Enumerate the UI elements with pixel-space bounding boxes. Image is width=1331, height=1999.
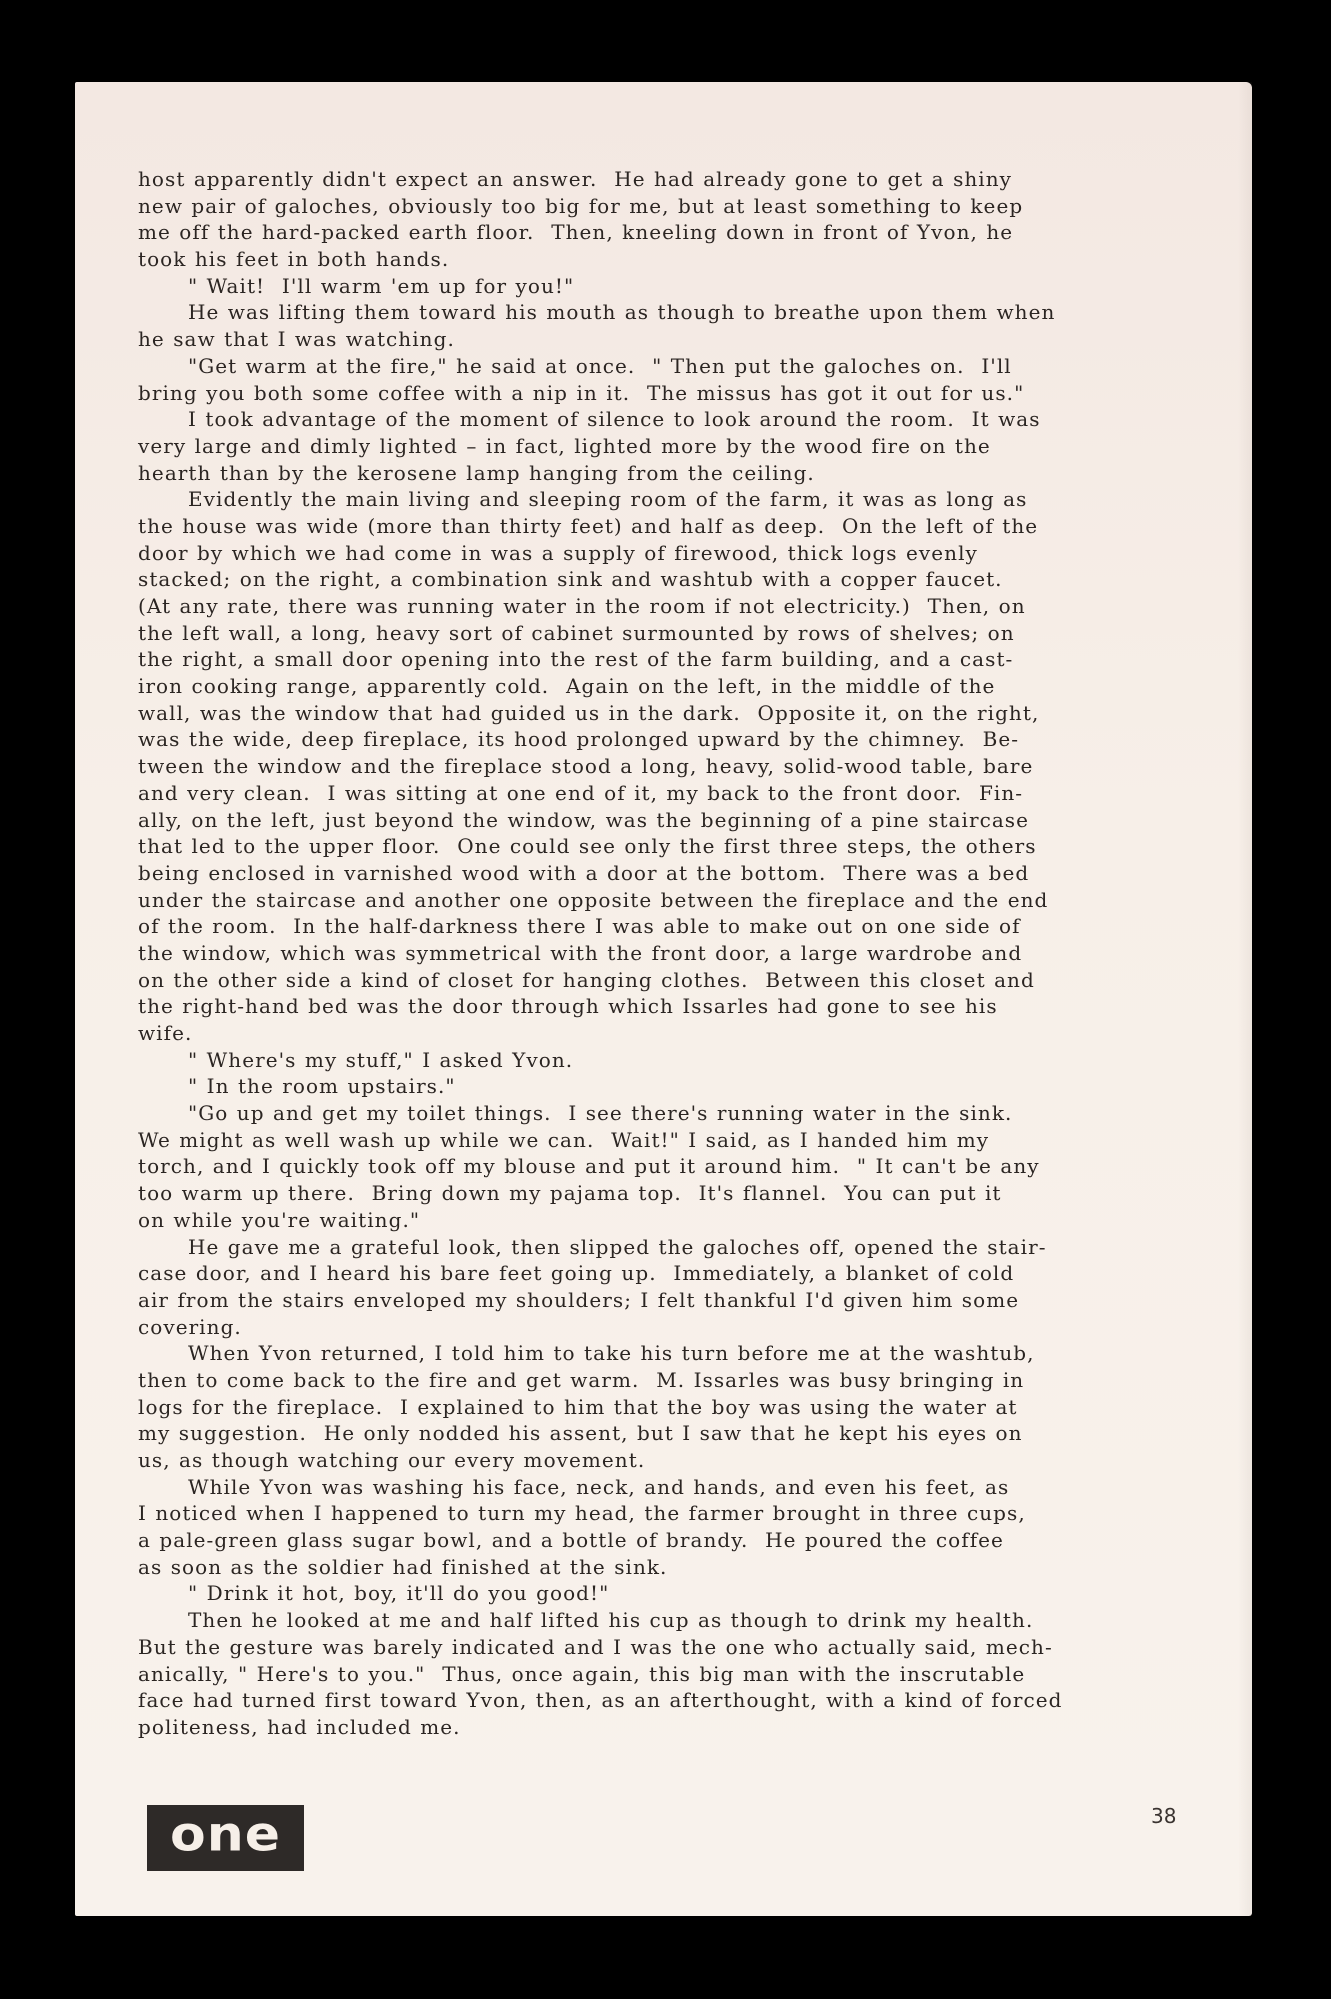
text-line: on the other side a kind of closet for h… bbox=[138, 967, 1248, 994]
text-line: iron cooking range, apparently cold. Aga… bbox=[138, 673, 1248, 700]
text-line: and very clean. I was sitting at one end… bbox=[138, 780, 1248, 807]
text-line: as soon as the soldier had finished at t… bbox=[138, 1554, 1248, 1581]
text-line: " Wait! I'll warm 'em up for you!" bbox=[138, 273, 1248, 300]
text-line: host apparently didn't expect an answer.… bbox=[138, 166, 1248, 193]
logo-text: one bbox=[170, 1811, 281, 1859]
magazine-logo: one bbox=[147, 1805, 304, 1871]
text-line: a pale-green glass sugar bowl, and a bot… bbox=[138, 1527, 1248, 1554]
body-text: host apparently didn't expect an answer.… bbox=[138, 166, 1248, 1741]
text-line: the house was wide (more than thirty fee… bbox=[138, 513, 1248, 540]
text-line: " Where's my stuff," I asked Yvon. bbox=[138, 1047, 1248, 1074]
text-line: the window, which was symmetrical with t… bbox=[138, 940, 1248, 967]
text-line: wall, was the window that had guided us … bbox=[138, 700, 1248, 727]
text-line: he saw that I was watching. bbox=[138, 326, 1248, 353]
text-line: of the room. In the half-darkness there … bbox=[138, 913, 1248, 940]
text-line: Then he looked at me and half lifted his… bbox=[138, 1607, 1248, 1634]
text-line: hearth than by the kerosene lamp hanging… bbox=[138, 460, 1248, 487]
text-line: " Drink it hot, boy, it'll do you good!" bbox=[138, 1580, 1248, 1607]
text-line: While Yvon was washing his face, neck, a… bbox=[138, 1474, 1248, 1501]
text-line: the left wall, a long, heavy sort of cab… bbox=[138, 620, 1248, 647]
text-line: But the gesture was barely indicated and… bbox=[138, 1634, 1248, 1661]
text-line: too warm up there. Bring down my pajama … bbox=[138, 1180, 1248, 1207]
text-line: covering. bbox=[138, 1314, 1248, 1341]
text-line: was the wide, deep fireplace, its hood p… bbox=[138, 726, 1248, 753]
text-line: anically, " Here's to you." Thus, once a… bbox=[138, 1661, 1248, 1688]
text-line: logs for the fireplace. I explained to h… bbox=[138, 1394, 1248, 1421]
text-line: us, as though watching our every movemen… bbox=[138, 1447, 1248, 1474]
text-line: torch, and I quickly took off my blouse … bbox=[138, 1153, 1248, 1180]
magazine-page: host apparently didn't expect an answer.… bbox=[75, 82, 1252, 1916]
text-line: We might as well wash up while we can. W… bbox=[138, 1127, 1248, 1154]
text-line: When Yvon returned, I told him to take h… bbox=[138, 1340, 1248, 1367]
text-line: under the staircase and another one oppo… bbox=[138, 887, 1248, 914]
text-line: door by which we had come in was a suppl… bbox=[138, 540, 1248, 567]
text-line: I noticed when I happened to turn my hea… bbox=[138, 1500, 1248, 1527]
text-line: then to come back to the fire and get wa… bbox=[138, 1367, 1248, 1394]
text-line: wife. bbox=[138, 1020, 1248, 1047]
text-line: He gave me a grateful look, then slipped… bbox=[138, 1234, 1248, 1261]
text-line: the right, a small door opening into the… bbox=[138, 646, 1248, 673]
text-line: very large and dimly lighted – in fact, … bbox=[138, 433, 1248, 460]
text-line: on while you're waiting." bbox=[138, 1207, 1248, 1234]
text-line: "Get warm at the fire," he said at once.… bbox=[138, 353, 1248, 380]
text-line: face had turned first toward Yvon, then,… bbox=[138, 1687, 1248, 1714]
text-line: Evidently the main living and sleeping r… bbox=[138, 486, 1248, 513]
text-line: case door, and I heard his bare feet goi… bbox=[138, 1260, 1248, 1287]
text-line: new pair of galoches, obviously too big … bbox=[138, 193, 1248, 220]
text-line: He was lifting them toward his mouth as … bbox=[138, 299, 1248, 326]
text-line: " In the room upstairs." bbox=[138, 1073, 1248, 1100]
text-line: air from the stairs enveloped my shoulde… bbox=[138, 1287, 1248, 1314]
text-line: me off the hard-packed earth floor. Then… bbox=[138, 219, 1248, 246]
page-number: 38 bbox=[1151, 1804, 1176, 1828]
text-line: "Go up and get my toilet things. I see t… bbox=[138, 1100, 1248, 1127]
text-line: stacked; on the right, a combination sin… bbox=[138, 566, 1248, 593]
text-line: took his feet in both hands. bbox=[138, 246, 1248, 273]
text-line: I took advantage of the moment of silenc… bbox=[138, 406, 1248, 433]
text-line: that led to the upper floor. One could s… bbox=[138, 833, 1248, 860]
text-line: (At any rate, there was running water in… bbox=[138, 593, 1248, 620]
text-line: being enclosed in varnished wood with a … bbox=[138, 860, 1248, 887]
text-line: ally, on the left, just beyond the windo… bbox=[138, 807, 1248, 834]
text-line: my suggestion. He only nodded his assent… bbox=[138, 1420, 1248, 1447]
text-line: politeness, had included me. bbox=[138, 1714, 1248, 1741]
text-line: bring you both some coffee with a nip in… bbox=[138, 380, 1248, 407]
text-line: the right-hand bed was the door through … bbox=[138, 993, 1248, 1020]
text-line: tween the window and the fireplace stood… bbox=[138, 753, 1248, 780]
